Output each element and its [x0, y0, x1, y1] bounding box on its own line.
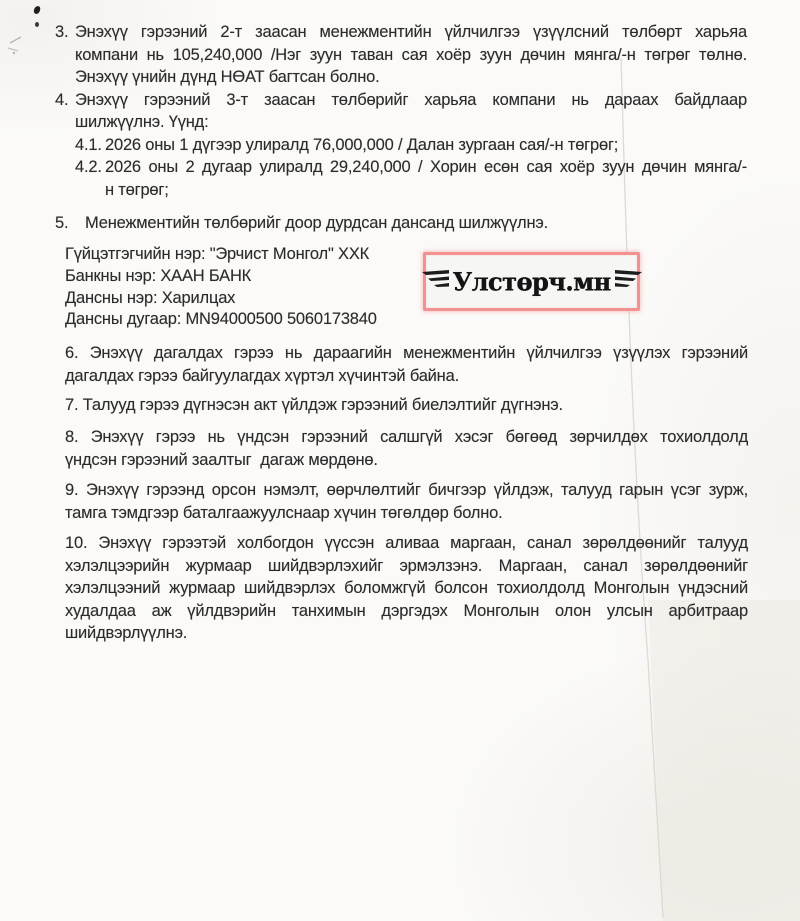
clause-9-line-1: 9. Энэхүү гэрээнд орсон нэмэлт, өөрчлөлт…: [65, 479, 748, 502]
clause-10-line-2: хэлэлцээрийн журмаар шийдвэрлэхийг эрмэл…: [65, 555, 748, 578]
page-edge-shading: [648, 600, 800, 921]
clause-4-2-number: 4.2.: [75, 156, 105, 179]
scan-artifact-dot: [35, 22, 39, 27]
clause-8-block: 8. Энэхүү гэрээ нь үндсэн гэрээний салшг…: [65, 426, 748, 471]
scanned-contract-page: 3.Энэхүү гэрээний 2-т заасан менежментий…: [0, 0, 800, 921]
clause-4-2-line-2: н төгрөг;: [75, 179, 747, 202]
clause-9-line-2: тамга тэмдгээр баталгаажуулснаар хүчин т…: [65, 502, 748, 525]
clause-6-line-1: 6. Энэхүү дагалдах гэрээ нь дараагийн ме…: [65, 342, 748, 365]
payee-name-line: Гүйцэтгэгчийн нэр: "Эрчист Монгол" ХХК: [65, 244, 755, 266]
watermark-text: Улстөрч.мн: [453, 266, 611, 296]
clause-4-2-text: 2026 оны 2 дугаар улиралд 29,240,000 / Х…: [105, 158, 747, 176]
account-name-line: Дансны нэр: Харилцах: [65, 288, 755, 310]
clause-4-line-2: шилжүүлнэ. Үүнд:: [75, 111, 747, 134]
clause-3-line-3: Энэхүү үнийн дүнд НӨАТ багтсан болно.: [75, 66, 747, 89]
wing-left-icon: [421, 269, 449, 291]
watermark-stamp: Улстөрч.мн: [423, 252, 640, 311]
clause-3-number: 3.: [55, 21, 68, 44]
clause-4-text: Энэхүү гэрээний 3-т заасан төлбөрийг хар…: [75, 91, 747, 109]
bank-name-line: Банкны нэр: ХААН БАНК: [65, 266, 755, 288]
clause-5-number: 5.: [55, 212, 68, 235]
scan-artifact-scribble: [4, 33, 30, 57]
wing-right-icon: [615, 269, 643, 291]
scan-artifact-dot: [33, 5, 41, 14]
clause-3-line-2: компани нь 105,240,000 /Нэг зуун таван с…: [75, 44, 747, 67]
clause-10-line-5: шийдвэрлүүлнэ.: [65, 622, 748, 645]
clause-4-1-text: 2026 оны 1 дүгээр улиралд 76,000,000 / Д…: [105, 136, 618, 154]
clause-9-block: 9. Энэхүү гэрээнд орсон нэмэлт, өөрчлөлт…: [65, 479, 748, 524]
clause-5-block: 5.Менежментийн төлбөрийг доор дурдсан да…: [85, 212, 745, 235]
clause-10-line-4: худалдаа аж үйлдвэрийн танхимын дэргэдэх…: [65, 600, 748, 623]
clause-10-line-3: хэлэлцээний журмаар шийдвэрлэх боломжгүй…: [65, 577, 748, 600]
clause-8-line-2: үндсэн гэрээний заалтыг дагаж мөрдөнө.: [65, 449, 748, 472]
payee-details-block: Гүйцэтгэгчийн нэр: "Эрчист Монгол" ХХК Б…: [65, 244, 755, 331]
clause-4-2-line-1: 4.2.2026 оны 2 дугаар улиралд 29,240,000…: [75, 156, 747, 179]
clause-5-line: 5.Менежментийн төлбөрийг доор дурдсан да…: [85, 212, 745, 235]
clause-6-block: 6. Энэхүү дагалдах гэрээ нь дараагийн ме…: [65, 342, 748, 387]
clause-4-1-number: 4.1.: [75, 134, 105, 157]
clause-3-line-1: 3.Энэхүү гэрээний 2-т заасан менежментий…: [75, 21, 747, 44]
clause-6-line-2: дагалдах гэрээ байгуулагдах хүртэл хүчин…: [65, 365, 748, 388]
clause-8-line-1: 8. Энэхүү гэрээ нь үндсэн гэрээний салшг…: [65, 426, 748, 449]
clause-10-line-1: 10. Энэхүү гэрээтэй холбогдон үүссэн али…: [65, 532, 748, 555]
clause-4-line-1: 4.Энэхүү гэрээний 3-т заасан төлбөрийг х…: [75, 89, 747, 112]
clause-4-1-line: 4.1.2026 оны 1 дүгээр улиралд 76,000,000…: [75, 134, 747, 157]
clause-7-line: 7. Талууд гэрээ дүгнэсэн акт үйлдэж гэрэ…: [65, 394, 755, 417]
clause-10-block: 10. Энэхүү гэрээтэй холбогдон үүссэн али…: [65, 532, 748, 645]
clause-3-text: Энэхүү гэрээний 2-т заасан менежментийн …: [75, 23, 747, 41]
clauses-3-4-block: 3.Энэхүү гэрээний 2-т заасан менежментий…: [75, 21, 747, 201]
clause-5-text: Менежментийн төлбөрийг доор дурдсан данс…: [85, 214, 548, 232]
clause-7-block: 7. Талууд гэрээ дүгнэсэн акт үйлдэж гэрэ…: [65, 394, 755, 417]
clause-4-number: 4.: [55, 89, 68, 112]
account-number-line: Дансны дугаар: MN94000500 5060173840: [65, 309, 755, 331]
